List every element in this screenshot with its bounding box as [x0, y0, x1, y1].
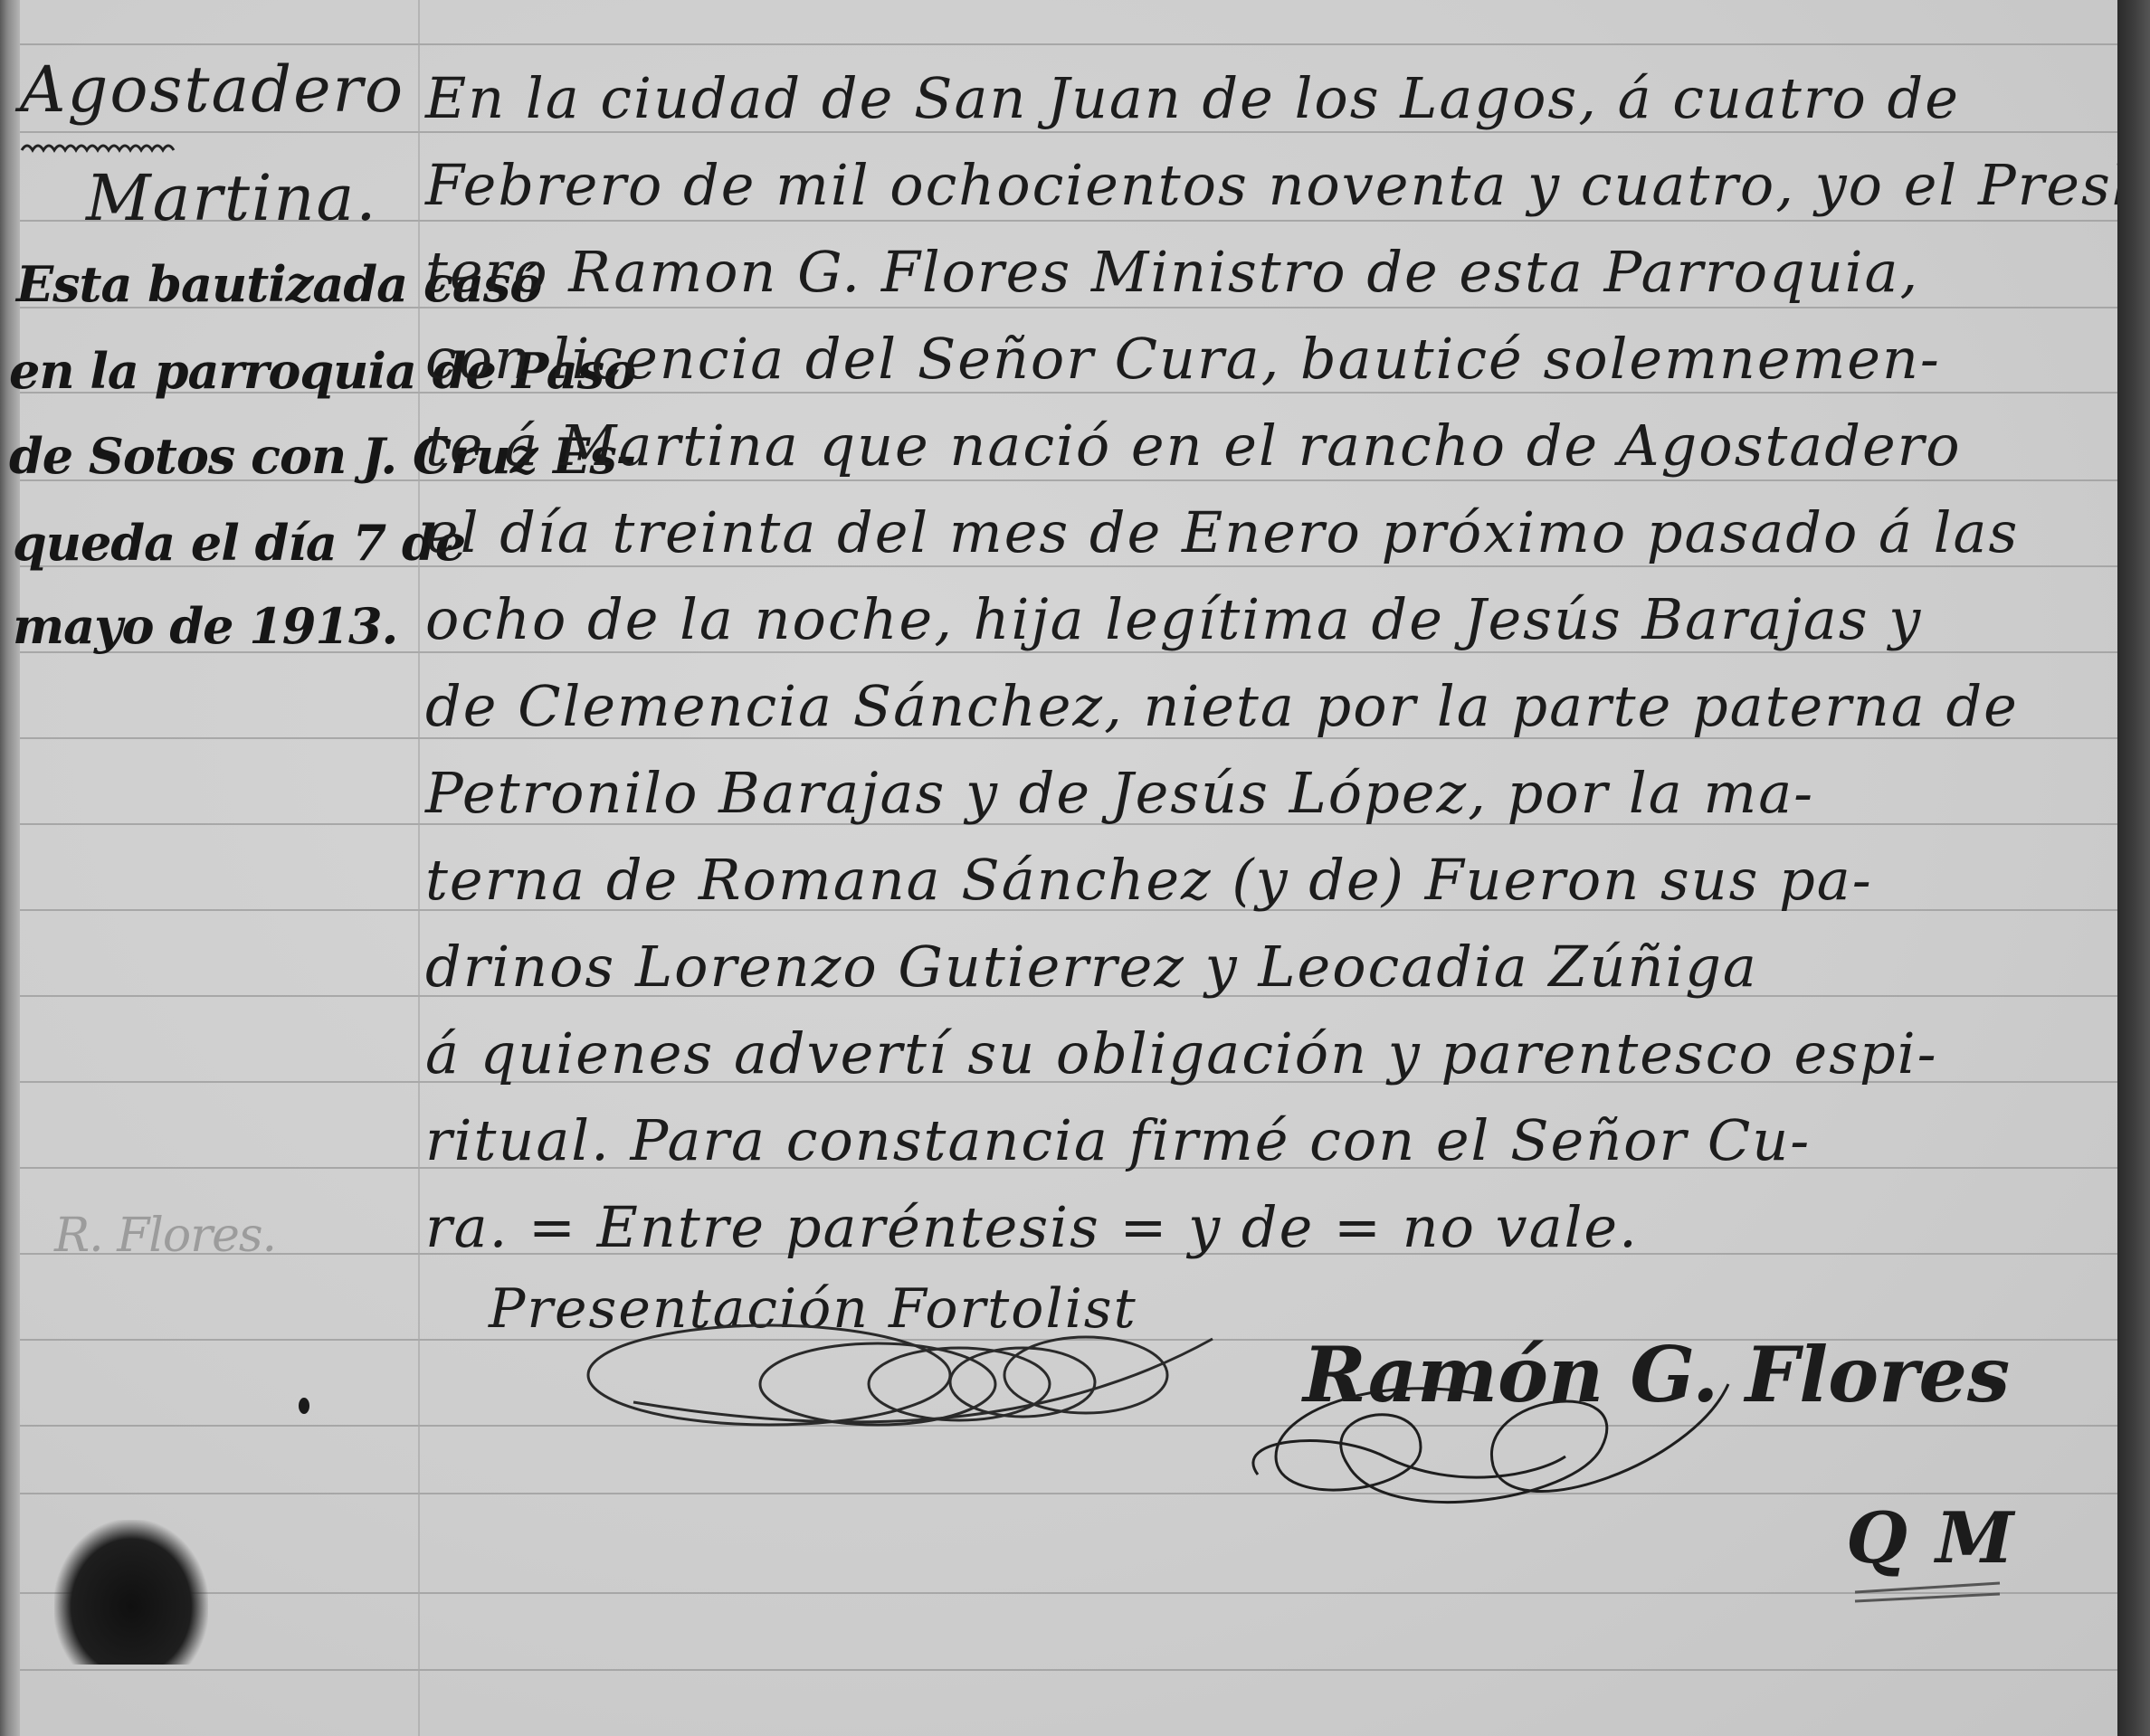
body-line-4: con licencia del Señor Cura, bauticé sol… — [425, 326, 1941, 392]
margin-place: Agostadero — [20, 52, 404, 127]
body-line-3: tero Ramon G. Flores Ministro de esta Pa… — [425, 239, 1919, 305]
body-line-9: Petronilo Barajas y de Jesús López, por … — [425, 760, 1814, 826]
body-line-10: terna de Romana Sánchez (y de) Fueron su… — [425, 847, 1873, 913]
ruled-line — [20, 1592, 2117, 1594]
body-line-8: de Clemencia Sánchez, nieta por la parte… — [425, 673, 2019, 739]
body-line-11: drinos Lorenzo Gutierrez y Leocadia Zúñi… — [425, 934, 1758, 1000]
ruled-line — [20, 131, 2117, 133]
register-page: Agostadero Martina. Esta bautizada casó … — [0, 0, 2117, 1736]
signature-underline — [1846, 1574, 2009, 1610]
margin-note-line: mayo de 1913. — [13, 597, 397, 655]
margin-name: Martina. — [86, 161, 377, 235]
ruled-line — [20, 43, 2117, 45]
page-edge — [2117, 0, 2150, 1736]
underline-flourish — [20, 136, 183, 157]
body-line-14: ra. = Entre paréntesis = y de = no vale. — [425, 1194, 1639, 1260]
ink-spot — [299, 1398, 309, 1414]
ruled-line — [20, 1493, 2117, 1494]
body-line-12: á quienes advertí su obligación y parent… — [425, 1020, 1938, 1086]
flourish-ornament — [579, 1303, 1231, 1466]
body-line-5: te á Martina que nació en el rancho de A… — [425, 413, 1962, 479]
thumb-shadow — [54, 1520, 208, 1665]
margin-note-line: queda el día 7 de — [13, 514, 465, 572]
secondary-signature: Q M — [1846, 1497, 2015, 1579]
body-line-1: En la ciudad de San Juan de los Lagos, á… — [425, 65, 1960, 131]
body-line-7: ocho de la noche, hija legítima de Jesús… — [425, 586, 1922, 652]
body-line-2: Febrero de mil ochocientos noventa y cua… — [425, 152, 2117, 218]
signature-flourish — [1149, 1357, 1783, 1538]
ruled-line — [20, 1669, 2117, 1671]
body-line-13: ritual. Para constancia firmé con el Señ… — [425, 1107, 1811, 1173]
body-line-6: el día treinta del mes de Enero próximo … — [425, 499, 2019, 565]
faint-margin-signature: R. Flores. — [54, 1209, 276, 1263]
